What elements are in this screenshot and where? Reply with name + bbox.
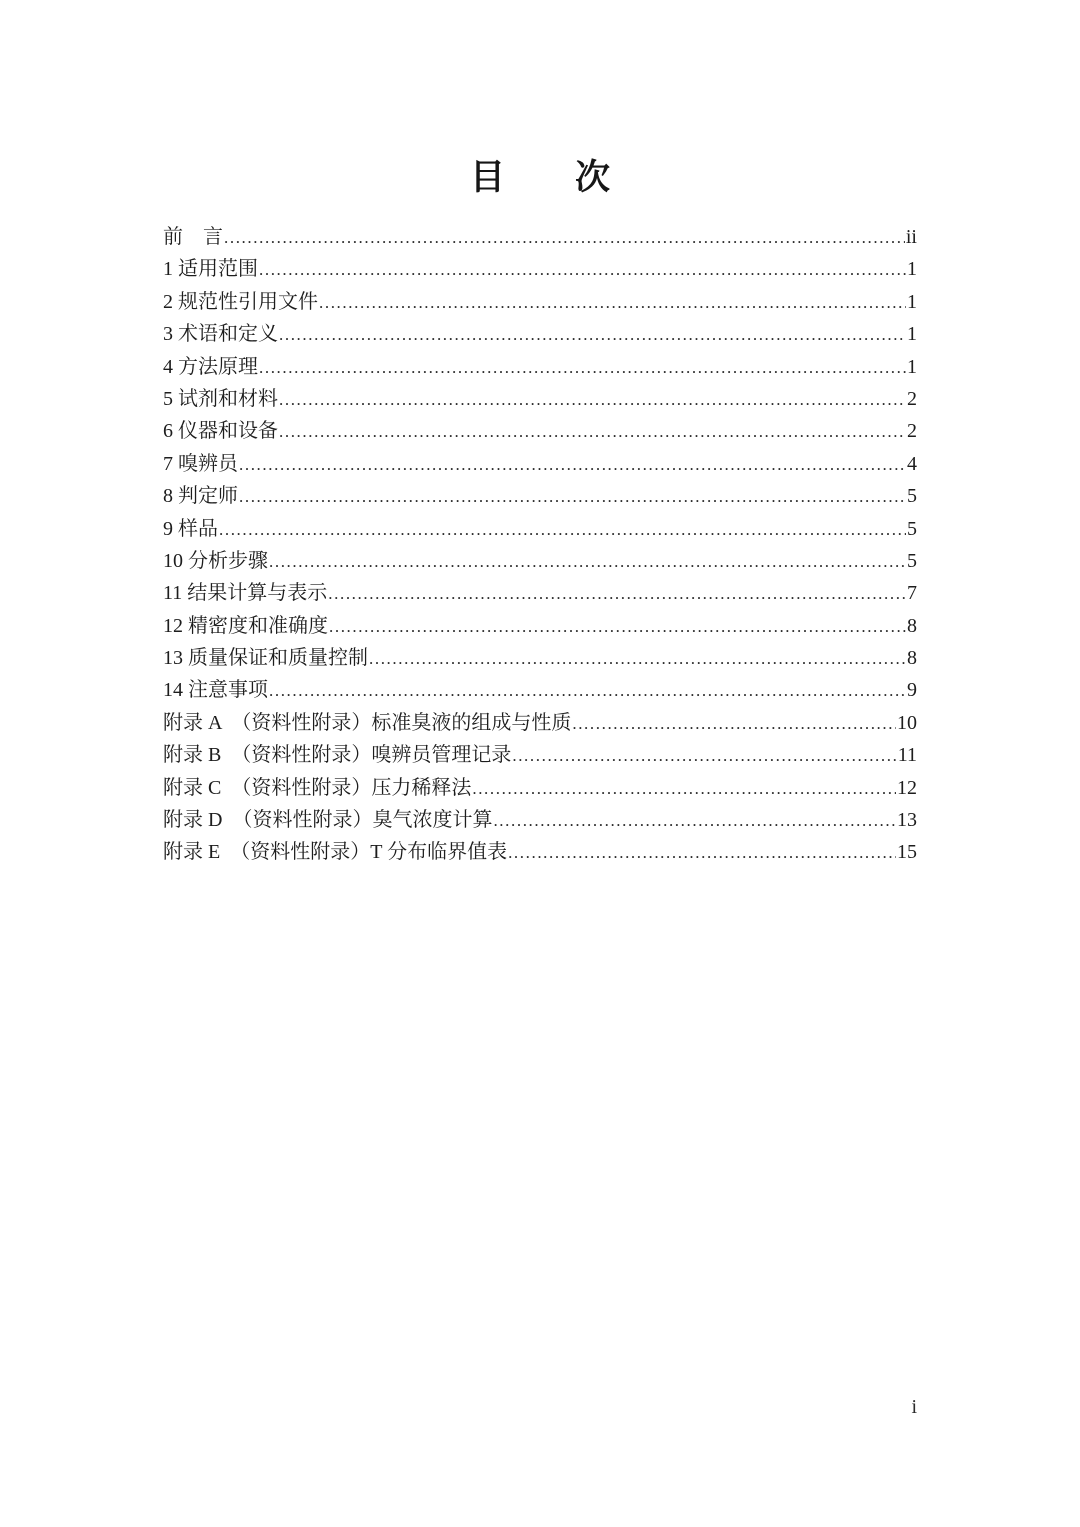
toc-entry[interactable]: 2 规范性引用文件 1 — [163, 286, 917, 318]
page-title: 目 次 — [0, 150, 1080, 200]
toc-entry[interactable]: 10 分析步骤 5 — [163, 545, 917, 577]
toc-leader-dots — [472, 772, 896, 805]
toc-entry-label: 3 术语和定义 — [163, 318, 278, 350]
toc-entry-page: 15 — [897, 836, 917, 868]
toc-leader-dots — [369, 642, 906, 675]
toc-entry[interactable]: 14 注意事项 9 — [163, 674, 917, 706]
toc-entry[interactable]: 附录 E （资料性附录）T 分布临界值表 15 — [163, 836, 917, 868]
toc-entry-label: 1 适用范围 — [163, 253, 258, 285]
toc-leader-dots — [219, 513, 906, 546]
toc-entry[interactable]: 前 言 ii — [163, 221, 917, 253]
toc-entry-page: 1 — [907, 286, 917, 318]
toc-leader-dots — [508, 836, 896, 869]
document-page: 目 次 前 言 ii 1 适用范围 1 2 规范性引用文件 1 3 术语和定义 … — [0, 0, 1080, 1527]
toc-entry[interactable]: 5 试剂和材料 2 — [163, 383, 917, 415]
toc-leader-dots — [259, 351, 906, 384]
toc-leader-dots — [269, 545, 906, 578]
toc-entry-page: 8 — [907, 642, 917, 674]
toc-entry-page: 1 — [907, 253, 917, 285]
toc-entry-label: 6 仪器和设备 — [163, 415, 278, 447]
toc-entry-page: 7 — [907, 577, 917, 609]
toc-entry-label: 9 样品 — [163, 513, 218, 545]
toc-entry-page: 4 — [907, 448, 917, 480]
toc-entry[interactable]: 13 质量保证和质量控制 8 — [163, 642, 917, 674]
toc-entry-page: 2 — [907, 383, 917, 415]
toc-leader-dots — [512, 739, 896, 772]
toc-entry-page: 9 — [907, 674, 917, 706]
toc-entry[interactable]: 8 判定师 5 — [163, 480, 917, 512]
toc-entry-label: 4 方法原理 — [163, 351, 258, 383]
toc-entry-page: 12 — [897, 772, 917, 804]
toc-entry-label: 附录 E （资料性附录）T 分布临界值表 — [163, 836, 507, 868]
toc-entry-page: 10 — [897, 707, 917, 739]
toc-entry-label: 8 判定师 — [163, 480, 238, 512]
toc-entry[interactable]: 附录 D （资料性附录）臭气浓度计算 13 — [163, 804, 917, 836]
toc-entry[interactable]: 4 方法原理 1 — [163, 351, 917, 383]
toc-entry-label: 前 言 — [163, 221, 223, 253]
toc-entry[interactable]: 9 样品 5 — [163, 513, 917, 545]
toc-leader-dots — [279, 415, 906, 448]
toc-leader-dots — [239, 448, 906, 481]
toc-leader-dots — [329, 610, 906, 643]
toc-entry-page: 13 — [897, 804, 917, 836]
toc-leader-dots — [279, 383, 906, 416]
toc-entry[interactable]: 附录 B （资料性附录）嗅辨员管理记录 11 — [163, 739, 917, 771]
footer-page-number: i — [911, 1396, 917, 1419]
toc-entry-label: 10 分析步骤 — [163, 545, 268, 577]
toc-leader-dots — [493, 804, 896, 837]
toc-entry-page: 8 — [907, 610, 917, 642]
toc-leader-dots — [224, 221, 905, 254]
toc-entry-label: 附录 C （资料性附录）压力稀释法 — [163, 772, 471, 804]
toc-leader-dots — [269, 674, 906, 707]
toc-entry-label: 2 规范性引用文件 — [163, 286, 318, 318]
toc-entry[interactable]: 11 结果计算与表示 7 — [163, 577, 917, 609]
toc-entry-page: 5 — [907, 480, 917, 512]
toc-entry-page: ii — [906, 221, 917, 253]
toc-entry-label: 14 注意事项 — [163, 674, 268, 706]
toc-entry-label: 附录 A （资料性附录）标准臭液的组成与性质 — [163, 707, 571, 739]
toc-leader-dots — [328, 577, 906, 610]
toc-entry-label: 11 结果计算与表示 — [163, 577, 327, 609]
toc-entry-page: 1 — [907, 351, 917, 383]
toc-entry-page: 11 — [898, 739, 917, 771]
toc-entry[interactable]: 附录 A （资料性附录）标准臭液的组成与性质 10 — [163, 707, 917, 739]
toc-leader-dots — [239, 480, 906, 513]
toc-entry-label: 附录 D （资料性附录）臭气浓度计算 — [163, 804, 492, 836]
toc-entry-label: 12 精密度和准确度 — [163, 610, 328, 642]
toc-entry[interactable]: 6 仪器和设备 2 — [163, 415, 917, 447]
toc-entry-page: 5 — [907, 513, 917, 545]
toc-entry-label: 13 质量保证和质量控制 — [163, 642, 368, 674]
toc-entry[interactable]: 附录 C （资料性附录）压力稀释法 12 — [163, 772, 917, 804]
toc-entry[interactable]: 1 适用范围 1 — [163, 253, 917, 285]
toc-leader-dots — [572, 707, 896, 740]
toc-entry-page: 2 — [907, 415, 917, 447]
toc-entry-label: 附录 B （资料性附录）嗅辨员管理记录 — [163, 739, 511, 771]
toc-leader-dots — [319, 286, 906, 319]
toc-entry-page: 1 — [907, 318, 917, 350]
toc-entry-label: 5 试剂和材料 — [163, 383, 278, 415]
toc-entry[interactable]: 12 精密度和准确度 8 — [163, 610, 917, 642]
toc-list: 前 言 ii 1 适用范围 1 2 规范性引用文件 1 3 术语和定义 1 4 … — [163, 221, 917, 869]
toc-entry-page: 5 — [907, 545, 917, 577]
toc-leader-dots — [279, 318, 906, 351]
toc-leader-dots — [259, 253, 906, 286]
toc-entry-label: 7 嗅辨员 — [163, 448, 238, 480]
toc-entry[interactable]: 7 嗅辨员 4 — [163, 448, 917, 480]
toc-entry[interactable]: 3 术语和定义 1 — [163, 318, 917, 350]
